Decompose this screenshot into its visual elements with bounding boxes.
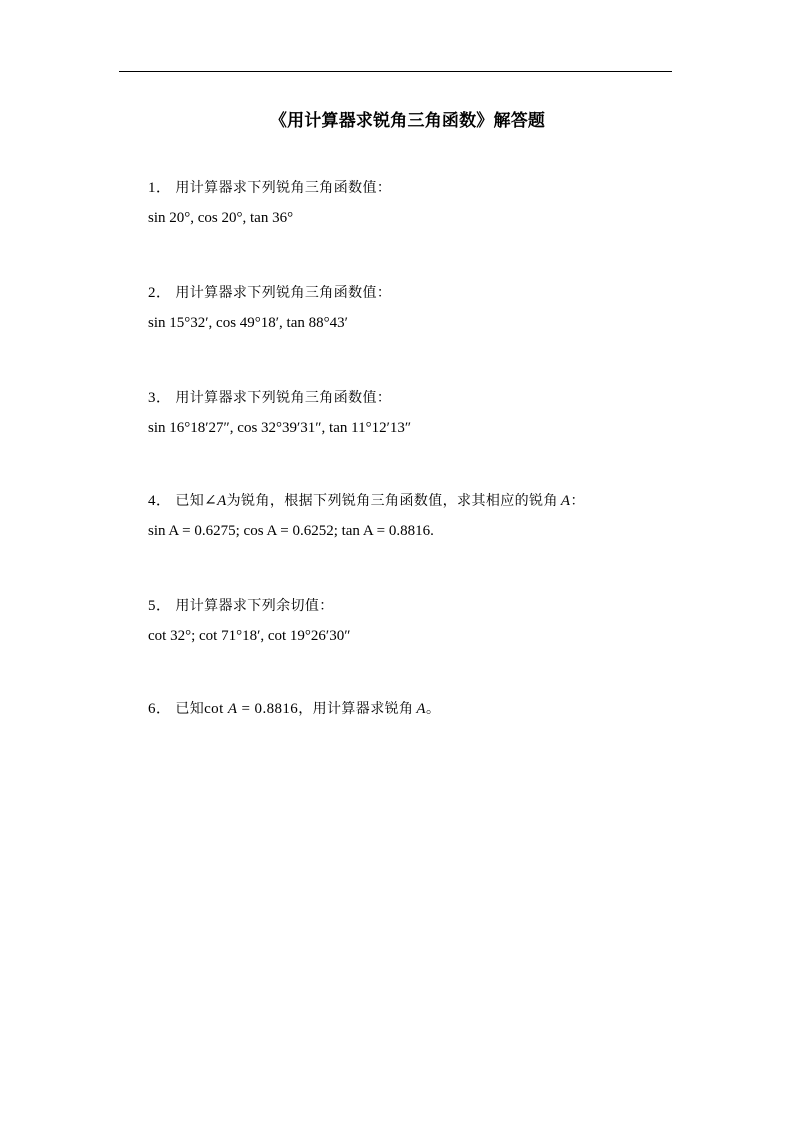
variable-a: A	[228, 701, 238, 717]
question-stem: 2．用计算器求下列锐角三角函数值：	[148, 281, 391, 302]
question-text: 已知	[175, 493, 204, 509]
question-stem: 4．已知∠A为锐角，根据下列锐角三角函数值，求其相应的锐角A：	[148, 489, 585, 510]
question-number: 1．	[148, 180, 171, 196]
question-stem: 3．用计算器求下列锐角三角函数值：	[148, 386, 391, 407]
cot-function: cot	[204, 701, 228, 717]
question-number: 3．	[148, 390, 171, 406]
question-expression: sin 15°32′, cos 49°18′, tan 88°43′	[148, 315, 348, 332]
question-text: 已知	[175, 701, 204, 717]
question-expression: sin A = 0.6275; cos A = 0.6252; tan A = …	[148, 523, 434, 540]
question-expression: cot 32°; cot 71°18′, cot 19°26′30″	[148, 628, 350, 645]
page-title: 《用计算器求锐角三角函数》解答题	[0, 106, 793, 131]
question-text: ，用计算器求锐角	[298, 701, 413, 717]
question-text: 用计算器求下列余切值：	[175, 598, 333, 614]
question-text: 用计算器求下列锐角三角函数值：	[175, 390, 391, 406]
question-stem: 5．用计算器求下列余切值：	[148, 594, 334, 615]
question-stem: 6．已知cot A = 0.8816，用计算器求锐角A。	[148, 697, 440, 718]
question-number: 2．	[148, 285, 171, 301]
question-text: ：	[570, 493, 584, 509]
variable-a: A	[561, 493, 571, 509]
question-number: 6．	[148, 701, 171, 717]
question-expression: sin 16°18′27″, cos 32°39′31″, tan 11°12′…	[148, 420, 411, 437]
question-text: 用计算器求下列锐角三角函数值：	[175, 180, 391, 196]
question-text: 。	[426, 701, 440, 717]
question-expression: sin 20°, cos 20°, tan 36°	[148, 210, 293, 227]
question-number: 5．	[148, 598, 171, 614]
question-number: 4．	[148, 493, 171, 509]
question-text: 为锐角，根据下列锐角三角函数值，求其相应的锐角	[227, 493, 558, 509]
variable-a: A	[416, 701, 426, 717]
question-stem: 1．用计算器求下列锐角三角函数值：	[148, 176, 391, 197]
header-rule	[119, 71, 672, 72]
cot-value: = 0.8816	[237, 701, 298, 717]
angle-a-symbol: ∠A	[204, 493, 227, 509]
question-text: 用计算器求下列锐角三角函数值：	[175, 285, 391, 301]
